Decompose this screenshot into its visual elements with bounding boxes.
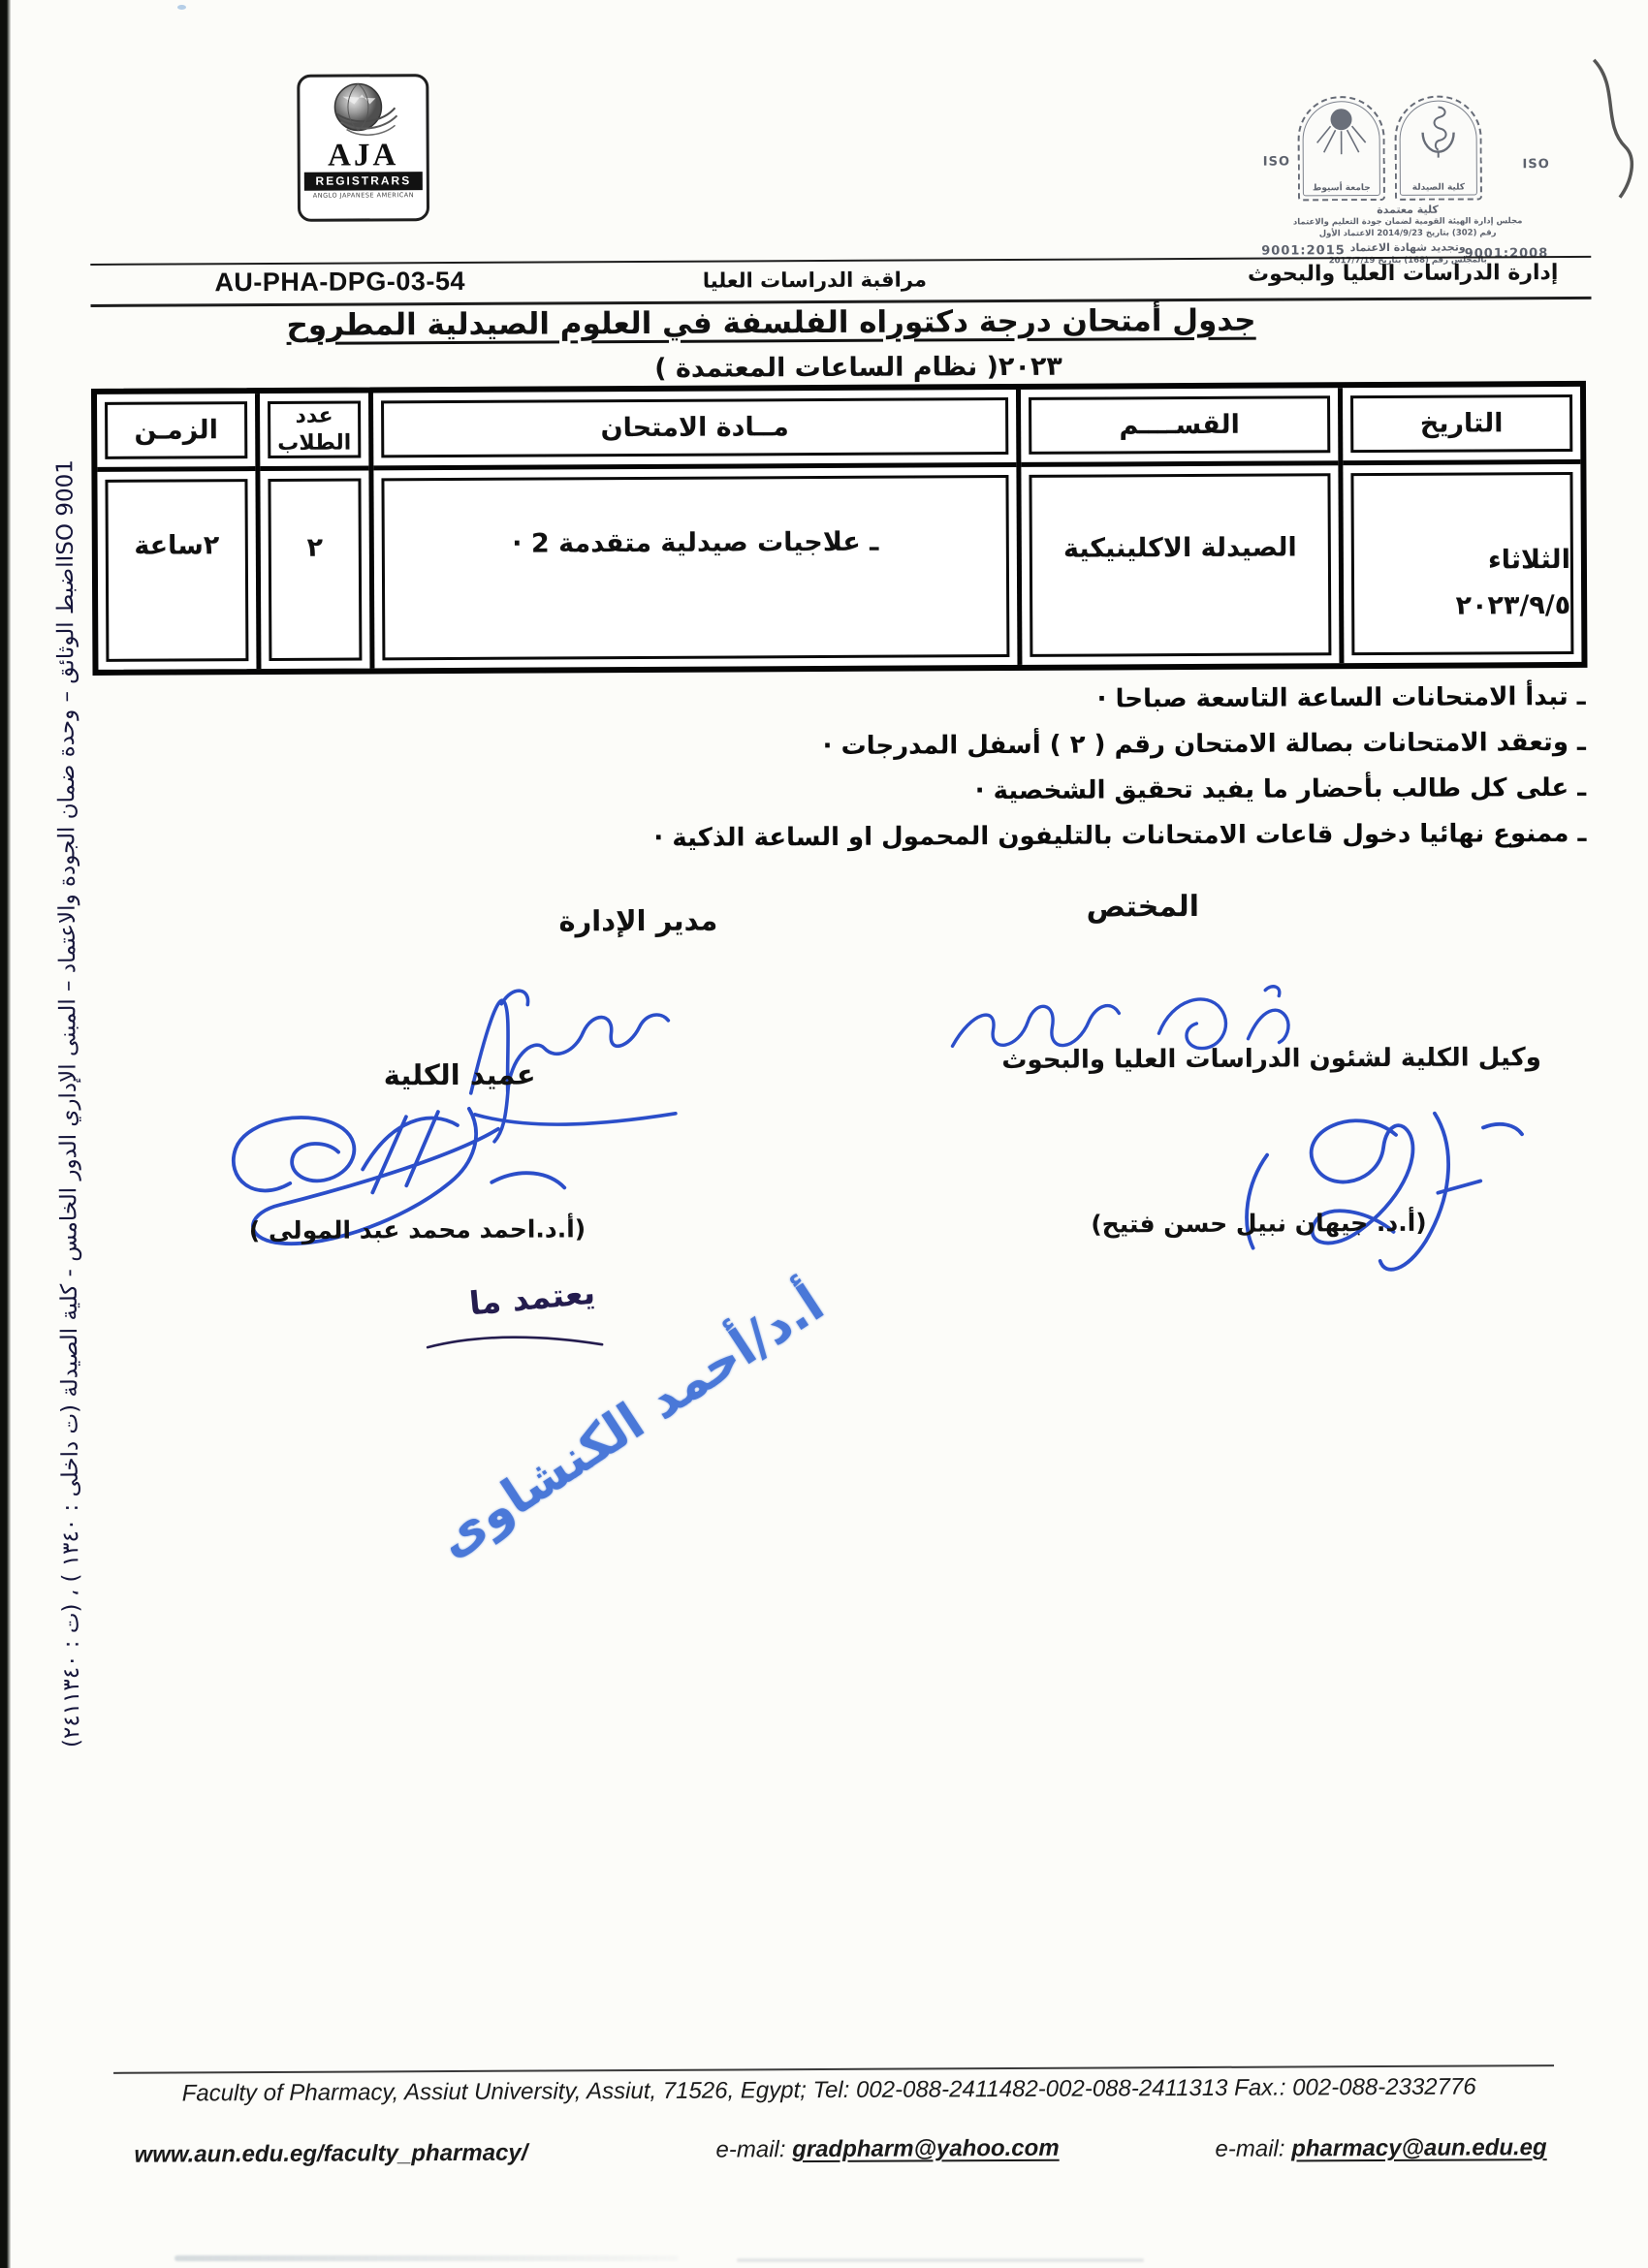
page-title: جدول أمتحان درجة دكتوراه الفلسفة في العل… <box>384 303 1256 343</box>
dean-name: (أ.د.احمد محمد عبد المولى ) <box>199 1214 635 1244</box>
exam-schedule-table: التاريخ الثلاثاء ٢٠٢٣/٩/٥ القســــم الصي… <box>91 381 1588 676</box>
approval-underline-stroke <box>418 1327 612 1357</box>
side-vertical-caption: ISO 9001اضبط الوثائق – وحدة ضمان الجودة … <box>52 459 83 1640</box>
header-center-label: مراقبة الدراسات العليا <box>664 268 965 293</box>
gradpharm-email-text: gradpharm@yahoo.com <box>792 2135 1060 2162</box>
vice-dean-signature <box>1149 1074 1537 1294</box>
footer-address-line: Faculty of Pharmacy, Assiut University, … <box>150 2073 1507 2107</box>
footer-email-gradpharm: e-mail: gradpharm@yahoo.com <box>715 2135 1059 2164</box>
sun-rays-icon <box>1299 104 1382 164</box>
scanner-edge-strip <box>0 0 11 2268</box>
university-arch-emblem: جامعة أسيوط <box>1297 96 1385 201</box>
aja-subtext: ANGLO JAPANESE AMERICAN <box>301 191 427 200</box>
director-title: مدير الإدارة <box>534 903 743 937</box>
dean-title: عميد الكلية <box>370 1057 550 1091</box>
column-header-date: التاريخ <box>1350 394 1572 453</box>
column-subject: مــادة الامتحان ـ علاجيات صيدلية متقدمة … <box>373 390 1022 668</box>
exam-day: الثلاثاء <box>1488 545 1570 575</box>
document-code: AU-PHA-DPG-03-54 <box>214 267 465 298</box>
snake-bowl-icon <box>1396 103 1479 163</box>
globe-icon <box>325 80 400 141</box>
exam-notes-list: ـ تبدأ الامتحانات الساعة التاسعة صباحا ·… <box>653 680 1587 867</box>
dean-signature <box>196 1088 652 1279</box>
exam-date: ٢٠٢٣/٩/٥ <box>1455 590 1570 621</box>
vice-dean-name: (أ.د. جيهان نبيل حسن فتيح) <box>1084 1209 1433 1239</box>
accreditation-stamp: جامعة أسيوط كلية الصيدلة <box>1266 89 1548 266</box>
column-department: القســــم الصيدلة الاكلينيكية <box>1021 388 1344 665</box>
university-arch-label: جامعة أسيوط <box>1300 183 1383 193</box>
specialist-title: المختص <box>1070 890 1216 925</box>
column-date: التاريخ الثلاثاء ٢٠٢٣/٩/٥ <box>1343 387 1581 663</box>
aja-acronym: AJA <box>301 141 427 171</box>
iso-label-right: ISO <box>1522 157 1549 172</box>
column-student-count: عدد الطلاب ٢ <box>260 393 374 669</box>
document-sheet: AJA REGISTRARS ANGLO JAPANESE AMERICAN <box>0 0 1648 2268</box>
aja-registrars-logo: AJA REGISTRARS ANGLO JAPANESE AMERICAN <box>297 74 429 222</box>
cell-student-count: ٢ <box>268 478 362 661</box>
note-exam-hall: ـ وتعقد الامتحانات بصالة الامتحان رقم ( … <box>653 726 1586 764</box>
column-header-subject: مــادة الامتحان <box>381 397 1008 457</box>
vice-dean-title: وكيل الكلية لشئون الدراسات العليا والبحو… <box>981 1043 1563 1075</box>
scan-smudge <box>174 2255 679 2261</box>
scan-scratch-mark <box>1572 52 1643 207</box>
header-right-label: إدارة الدراسات العليا والبحوث <box>1246 261 1558 287</box>
note-start-time: ـ تبدأ الامتحانات الساعة التاسعة صباحا · <box>653 680 1586 718</box>
scanned-document-page: AJA REGISTRARS ANGLO JAPANESE AMERICAN <box>0 0 1648 2268</box>
cell-duration: ٢ساعة <box>105 479 248 662</box>
column-header-department: القســــم <box>1029 395 1330 455</box>
pharmacy-arch-label: كلية الصيدلة <box>1397 182 1480 192</box>
note-no-phones: ـ ممنوع نهائيا دخول قاعات الامتحانات بال… <box>653 817 1586 855</box>
column-header-student-count: عدد الطلاب <box>268 400 361 458</box>
scan-ink-dot <box>177 5 186 10</box>
cell-department: الصيدلة الاكلينيكية <box>1029 473 1331 657</box>
pharmacy-arch-emblem: كلية الصيدلة <box>1394 95 1482 200</box>
cell-subject: ـ علاجيات صيدلية متقدمة 2 · <box>381 475 1009 660</box>
column-duration: الزمـن ٢ساعة <box>97 394 261 670</box>
cell-date: الثلاثاء ٢٠٢٣/٩/٥ <box>1350 472 1573 655</box>
iso-cert-2008: 9001:2008 <box>1465 246 1549 261</box>
footer-rule <box>113 2064 1554 2074</box>
column-header-duration: الزمـن <box>105 401 247 459</box>
note-id-required: ـ على كل طالب بأحضار ما يفيد تحقيق الشخص… <box>653 772 1586 809</box>
aja-registrars-band: REGISTRARS <box>304 172 423 191</box>
footer-email-pharmacy: e-mail: pharmacy@aun.edu.eg <box>1215 2134 1546 2163</box>
stamp-line-accredited: كلية معتمدة <box>1257 202 1558 218</box>
pharmacy-email-text: pharmacy@aun.edu.eg <box>1291 2134 1547 2161</box>
footer-website: www.aun.edu.eg/faculty_pharmacy/ <box>134 2140 527 2169</box>
page-subtitle: ٢٠٢٣( نظام الساعات المعتمدة ) <box>675 352 1062 384</box>
scan-smudge <box>737 2258 1144 2262</box>
iso-label-left: ISO <box>1263 154 1290 169</box>
